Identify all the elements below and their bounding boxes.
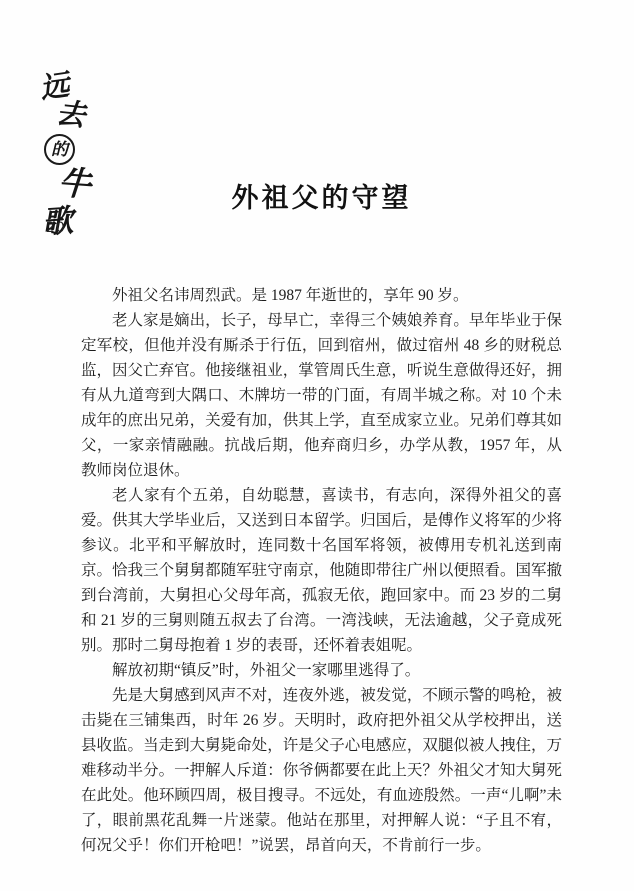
paragraph: 外祖父名讳周烈武。是 1987 年逝世的，享年 90 岁。	[81, 283, 562, 308]
chapter-title: 外祖父的守望	[81, 176, 562, 215]
paragraph: 老人家有个五弟，自幼聪慧，喜读书，有志向，深得外祖父的喜爱。供其大学毕业后，又送…	[81, 483, 562, 658]
article-body: 外祖父名讳周烈武。是 1987 年逝世的，享年 90 岁。 老人家是嫡出，长子，…	[81, 283, 562, 858]
calligraphy-char: 去	[55, 99, 102, 134]
page-number: 20	[46, 220, 66, 236]
paragraph: 解放初期“镇反”时，外祖父一家哪里逃得了。	[81, 658, 562, 683]
paragraph: 老人家是嫡出，长子，母早亡，幸得三个姨娘养育。早年毕业于保定军校，但他并没有厮杀…	[81, 308, 562, 483]
paragraph: 先是大舅感到风声不对，连夜外逃，被发觉，不顾示警的鸣枪，被击毙在三铺集西，时年 …	[81, 683, 562, 858]
calligraphy-char-circled: 的	[44, 134, 75, 165]
book-page: 远 去 的 牛 歌 20 外祖父的守望 外祖父名讳周烈武。是 1987 年逝世的…	[0, 0, 634, 891]
